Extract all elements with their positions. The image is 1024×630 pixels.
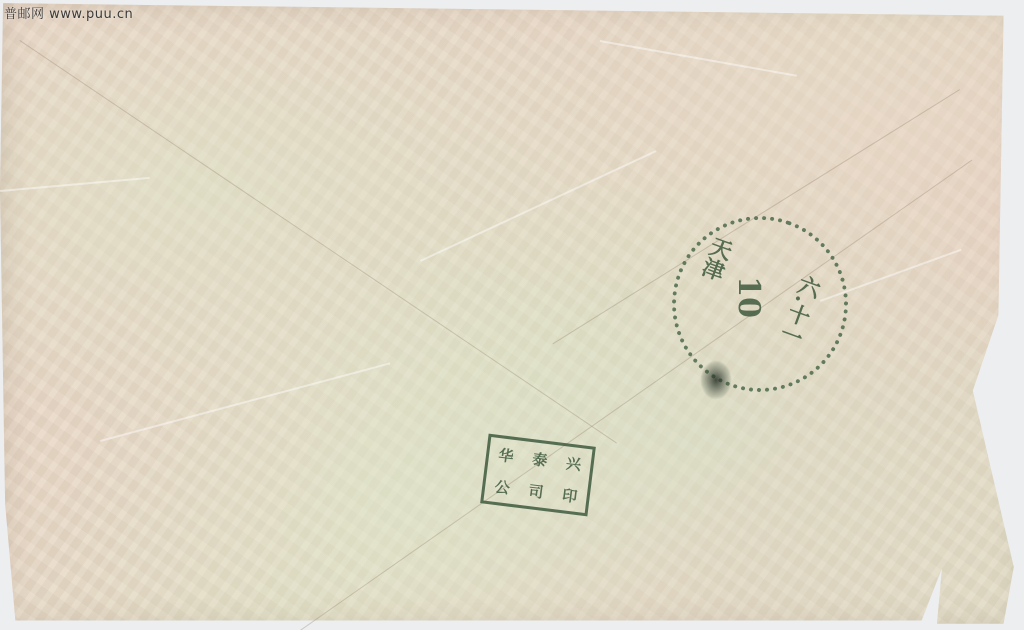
- rectangular-seal: 华 泰 兴 公 司 印: [480, 434, 596, 517]
- seal-char: 公: [494, 475, 511, 498]
- ink-smudge: [700, 360, 732, 400]
- seal-char: 印: [561, 484, 578, 507]
- seal-char: 泰: [531, 448, 548, 471]
- site-watermark: 普邮网 www.puu.cn: [4, 3, 133, 22]
- postmark-date: 10: [731, 276, 766, 318]
- seal-char: 华: [497, 444, 514, 467]
- seal-char: 司: [527, 480, 544, 503]
- seal-char: 兴: [565, 452, 582, 475]
- postmark-code: 六.十一: [772, 271, 826, 351]
- paper-surface: [0, 0, 1024, 630]
- envelope-back: 普邮网 www.puu.cn 天津 10 六.十一 华 泰 兴 公 司 印: [0, 0, 1024, 630]
